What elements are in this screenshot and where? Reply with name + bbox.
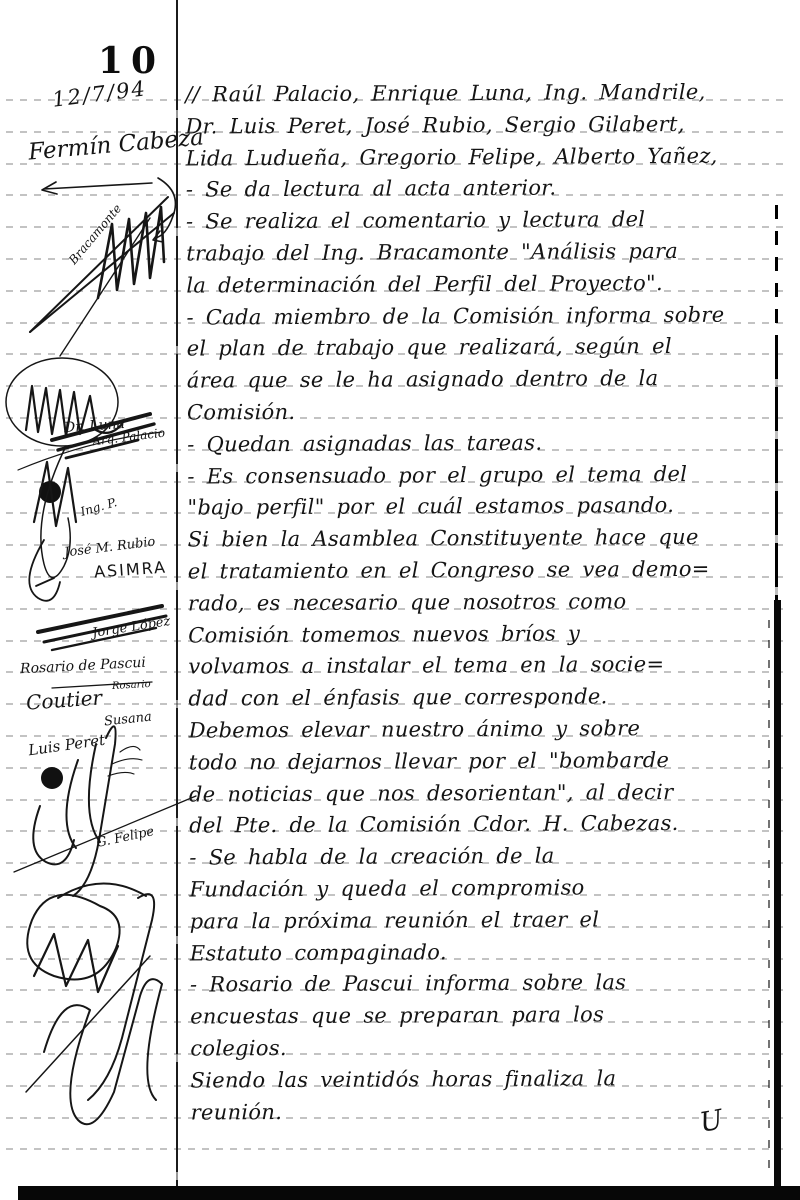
ink-blob [41,767,63,789]
signature-scribbles [0,0,800,1200]
signature-flourish [34,934,118,992]
signature-scribble [66,760,78,848]
arrow-stroke [42,182,152,194]
signature-flourish [44,979,162,1124]
signature-scribble [60,218,150,356]
signature-flourish [27,895,119,980]
signature-scribble [89,744,100,842]
scanned-minutes-page: 10 12/7/94 // Raúl Palacio, Enrique Luna… [0,0,800,1200]
signature-scribble [29,540,60,601]
signature-label-rosario: Rosario [112,679,151,692]
closing-mark: U [697,1104,725,1138]
